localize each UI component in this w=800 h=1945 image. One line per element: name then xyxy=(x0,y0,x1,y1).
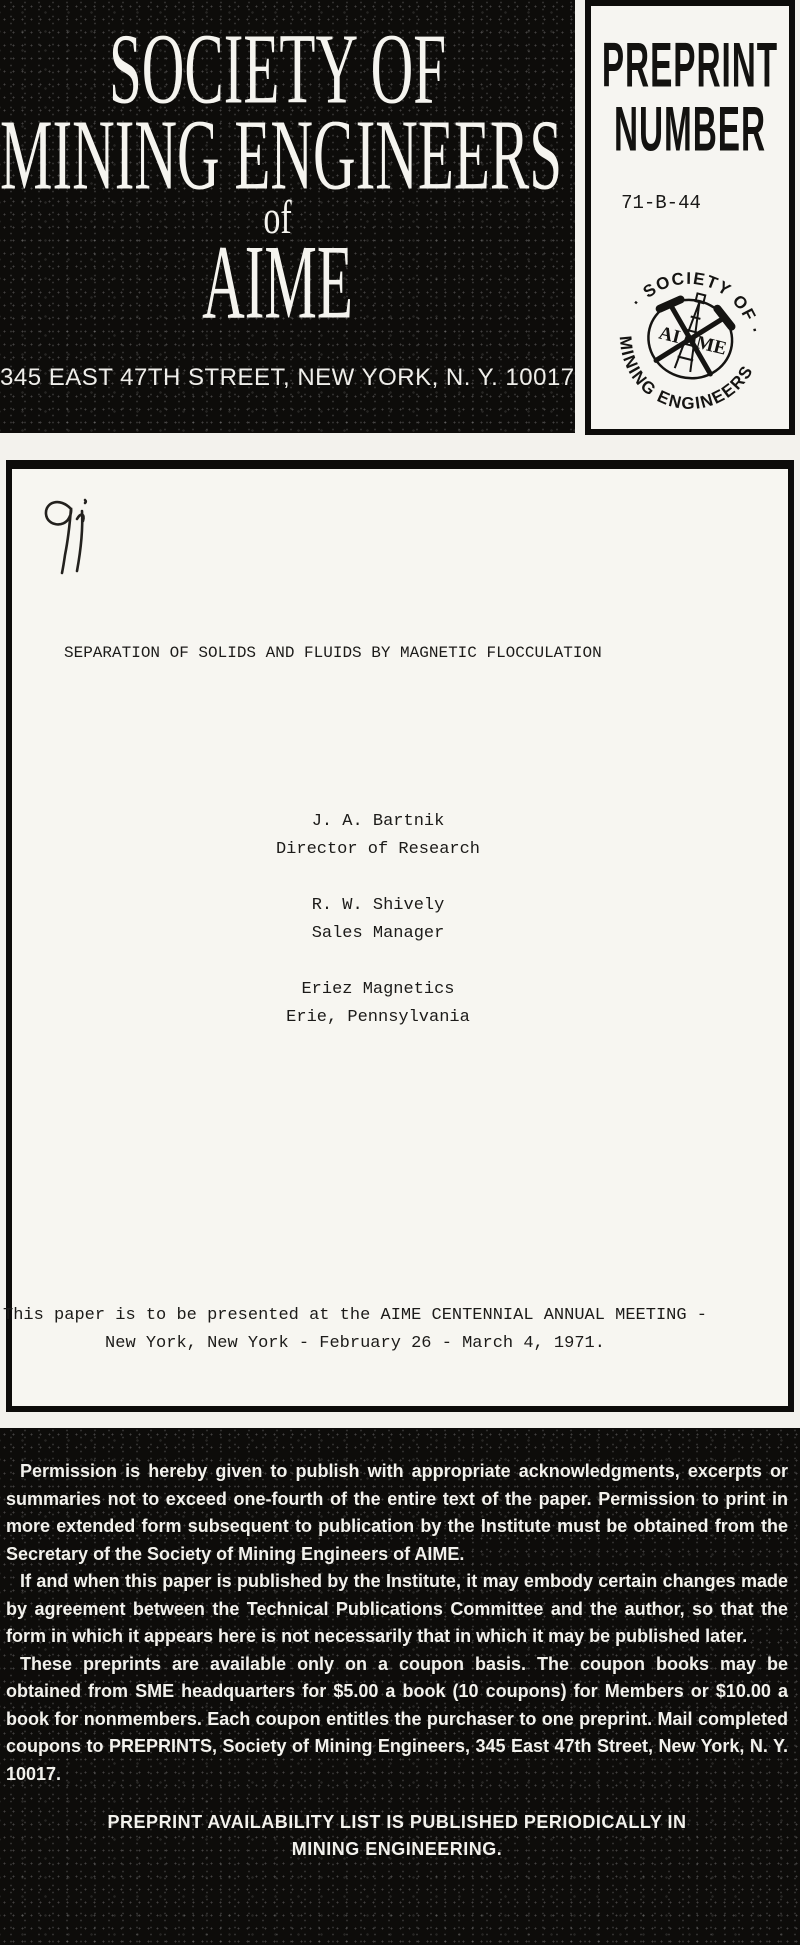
author-name: R. W. Shively xyxy=(178,892,578,920)
masthead-line-mining-engineers: MINING ENGINEERS xyxy=(0,105,555,205)
society-masthead: SOCIETY OF MINING ENGINEERS of AIME 345 … xyxy=(0,0,575,433)
handwriting-icon xyxy=(38,493,90,585)
author-role: Director of Research xyxy=(178,836,578,864)
author-block: J. A. Bartnik Director of Research R. W.… xyxy=(178,808,578,1032)
sme-seal: · SOCIETY OF · MINING ENGINEERS xyxy=(583,236,797,444)
availability-line2: MINING ENGINEERING. xyxy=(6,1836,788,1863)
presentation-notice: This paper is to be presented at the AIM… xyxy=(0,1302,743,1358)
title-sheet: SEPARATION OF SOLIDS AND FLUIDS BY MAGNE… xyxy=(6,460,794,1412)
preprint-label-line1: PREPRINT xyxy=(593,35,787,98)
handwritten-annotation xyxy=(38,493,90,590)
permission-paragraph-1: Permission is hereby given to publish wi… xyxy=(6,1458,788,1568)
spacer xyxy=(178,864,578,892)
permission-paragraph-3: These preprints are available only on a … xyxy=(6,1651,788,1789)
author-name: J. A. Bartnik xyxy=(178,808,578,836)
author-role: Sales Manager xyxy=(178,920,578,948)
availability-note: PREPRINT AVAILABILITY LIST IS PUBLISHED … xyxy=(6,1809,788,1863)
spacer xyxy=(178,948,578,976)
permission-block: Permission is hereby given to publish wi… xyxy=(0,1428,800,1945)
affiliation-location: Erie, Pennsylvania xyxy=(178,1004,578,1032)
masthead-line-aime: AIME xyxy=(0,229,555,335)
paper-title: SEPARATION OF SOLIDS AND FLUIDS BY MAGNE… xyxy=(64,644,602,662)
preprint-cover-page: SOCIETY OF MINING ENGINEERS of AIME 345 … xyxy=(0,0,800,1945)
preprint-number-box: PREPRINT NUMBER 71-B-44 · SOCIETY OF · M… xyxy=(585,0,795,435)
society-address: 345 EAST 47TH STREET, NEW YORK, N. Y. 10… xyxy=(0,364,560,392)
preprint-label-line2: NUMBER xyxy=(593,99,787,162)
sme-seal-icon: · SOCIETY OF · MINING ENGINEERS xyxy=(583,236,797,444)
preprint-number: 71-B-44 xyxy=(591,192,731,214)
affiliation-name: Eriez Magnetics xyxy=(178,976,578,1004)
presentation-notice-line1: This paper is to be presented at the AIM… xyxy=(0,1302,743,1330)
presentation-notice-line2: New York, New York - February 26 - March… xyxy=(0,1330,743,1358)
svg-text:· SOCIETY OF ·: · SOCIETY OF · xyxy=(625,254,776,341)
availability-line1: PREPRINT AVAILABILITY LIST IS PUBLISHED … xyxy=(6,1809,788,1836)
seal-top-text: · SOCIETY OF · xyxy=(625,254,776,341)
permission-paragraph-2: If and when this paper is published by t… xyxy=(6,1568,788,1651)
